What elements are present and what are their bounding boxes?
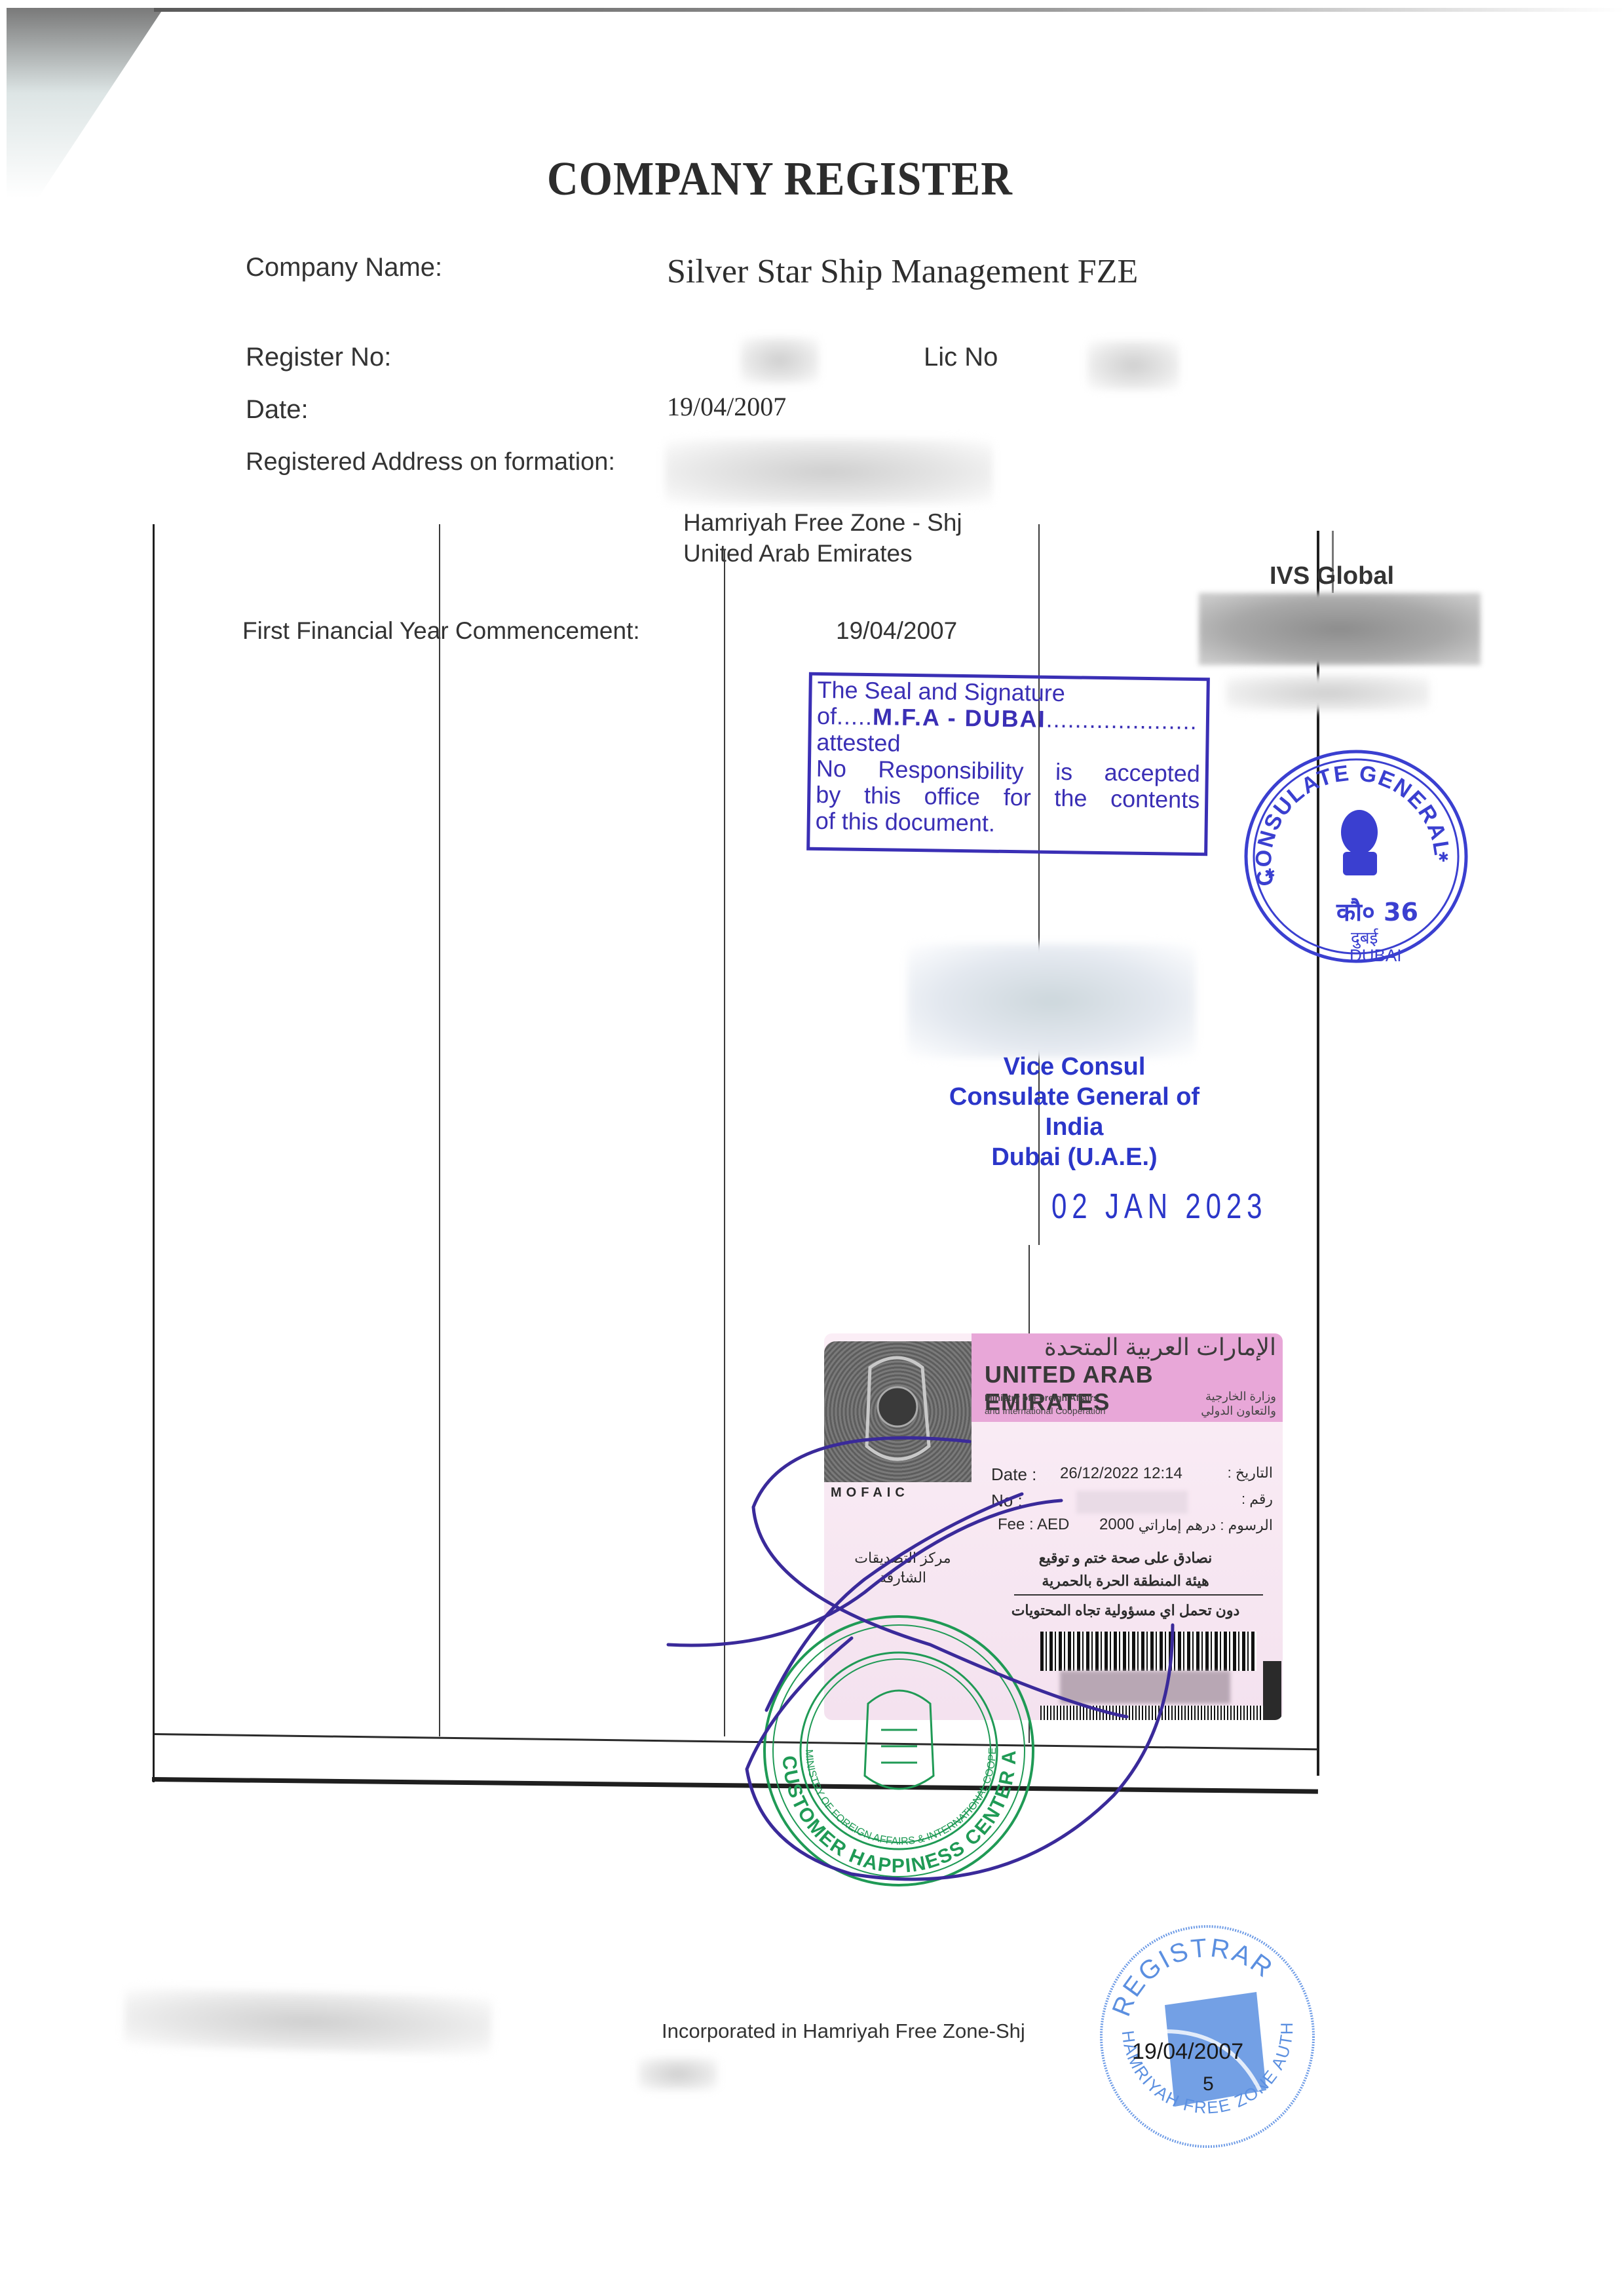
ivs-redacted-line — [1226, 675, 1429, 711]
attest-line-6: of this document. — [815, 808, 1199, 839]
date-value: 19/04/2007 — [667, 391, 786, 422]
register-no-label: Register No: — [246, 343, 391, 372]
sticker-no-redacted — [1076, 1491, 1188, 1514]
registrar-seal-date: 19/04/2007 — [1132, 2039, 1243, 2064]
sticker-barcode — [1040, 1632, 1256, 1671]
w: accepted — [1104, 759, 1200, 787]
sticker-no-label-ar: رقم : — [1241, 1491, 1273, 1508]
sticker-no-label: No : — [991, 1491, 1023, 1511]
company-name-label: Company Name: — [246, 253, 442, 282]
consul-signature-redacted — [907, 944, 1196, 1058]
ministry-en-2: and International Cooperation — [985, 1406, 1105, 1416]
consulate-general-of-india-seal: CONSULATE GENERAL OF INDIA कौ० 36 दुबई D… — [1238, 744, 1474, 973]
table-right-border — [1317, 531, 1319, 1776]
sticker-fee-label-ar: الرسوم : درهم إماراتي — [1139, 1517, 1273, 1534]
lic-no-redacted — [1087, 341, 1179, 390]
uae-falcon-icon — [865, 1691, 934, 1789]
sticker-fee-label: Fee : AED — [998, 1516, 1069, 1534]
hamriyah-registrar-seal: REGISTRAR HAMRIYAH FREE ZONE AUTHORITY 1… — [1093, 1920, 1322, 2156]
first-financial-year-value: 19/04/2007 — [836, 617, 957, 645]
sticker-barcode-number-redacted — [1060, 1671, 1230, 1704]
sticker-attest-ar-1: نصادق على صحة ختم و توقيع — [1027, 1550, 1224, 1567]
date-label: Date: — [246, 395, 309, 425]
attest-authority: M.F.A - DUBAI — [873, 703, 1046, 733]
ivs-global-label: IVS Global — [1270, 562, 1394, 590]
sticker-edge-mark — [1263, 1661, 1281, 1720]
company-name-value: Silver Star Ship Management FZE — [667, 252, 1138, 291]
w: No — [816, 756, 847, 782]
w: contents — [1110, 786, 1200, 813]
consulate-seal-number: कौ० 36 — [1336, 898, 1418, 927]
table-left-border — [153, 524, 155, 1782]
register-no-redacted — [740, 337, 819, 383]
scan-top-edge — [154, 8, 1624, 12]
sticker-date-label-ar: التاريخ : — [1228, 1464, 1273, 1482]
lic-no-label: Lic No — [924, 343, 998, 372]
ministry-ar-2: والتعاون الدولي — [1201, 1404, 1276, 1418]
w: this — [864, 782, 901, 809]
address-line3: United Arab Emirates — [683, 540, 913, 567]
ivs-redacted-block — [1199, 593, 1481, 665]
w: office — [924, 783, 980, 810]
uae-sticker-header: الإمارات العربية المتحدة UNITED ARAB EMI… — [972, 1333, 1283, 1422]
address-label: Registered Address on formation: — [246, 448, 615, 476]
address-line2: Hamriyah Free Zone - Shj — [683, 509, 962, 537]
ashoka-emblem-icon — [1341, 810, 1378, 875]
attest-of: of — [817, 702, 837, 729]
sticker-attest-ar-2: هيئة المنطقة الحرة بالحمرية — [1027, 1573, 1224, 1590]
consul-signature-block: Vice Consul Consulate General of India D… — [917, 1052, 1232, 1172]
sticker-date-value: 26/12/2022 12:14 — [1060, 1464, 1182, 1483]
consul-city: Dubai (U.A.E.) — [917, 1142, 1232, 1172]
customer-happiness-center-seal: CUSTOMER HAPPINESS CENTER ATTESTATION MI… — [753, 1605, 1042, 1894]
footer-left-redacted — [124, 1987, 492, 2056]
document-title: COMPANY REGISTER — [547, 152, 1013, 207]
sticker-date-label: Date : — [991, 1464, 1036, 1485]
w: for — [1003, 784, 1031, 811]
w: Responsibility — [878, 756, 1024, 784]
consul-attestation-date: 02 JAN 2023 — [1051, 1186, 1267, 1227]
consul-office: Consulate General of India — [917, 1082, 1232, 1142]
first-financial-year-label: First Financial Year Commencement: — [242, 617, 640, 645]
ministry-en-1: Ministry of Foreign Affairs — [985, 1392, 1099, 1403]
svg-text:✱: ✱ — [1264, 867, 1275, 881]
ministry-ar-1: وزارة الخارجية — [1205, 1390, 1276, 1404]
w: is — [1055, 759, 1073, 785]
uae-title-arabic: الإمارات العربية المتحدة — [1044, 1333, 1276, 1361]
uae-falcon-emblem-icon — [824, 1341, 972, 1482]
w: by — [816, 782, 841, 809]
registrar-seal-number: 5 — [1203, 2073, 1214, 2095]
consulate-seal-city-en: DUBAI — [1350, 946, 1401, 965]
table-bottom-border — [152, 1777, 1318, 1794]
footer-small-redacted — [639, 2057, 717, 2090]
w: the — [1054, 785, 1087, 812]
scan-shadow-corner — [7, 8, 164, 198]
incorporated-footer-text: Incorporated in Hamriyah Free Zone-Shj — [662, 2019, 1025, 2043]
consul-title: Vice Consul — [917, 1052, 1232, 1082]
table-column-divider-2 — [724, 550, 725, 1736]
address-line1-redacted — [665, 439, 992, 505]
sticker-fee-value: 2000 — [1099, 1516, 1134, 1534]
table-column-divider-1 — [439, 524, 440, 1736]
mofaic-letters: MOFAIC — [831, 1485, 909, 1501]
sticker-center-ar-2: الشارقة — [850, 1569, 955, 1586]
table-inner-bottom-line — [155, 1733, 1317, 1750]
sticker-divider — [1014, 1594, 1263, 1596]
attest-line-3: attested — [816, 729, 1201, 761]
attestation-stamp-box: The Seal and Signature of.....M.F.A - DU… — [806, 672, 1210, 856]
sticker-barcode-thin — [1040, 1706, 1263, 1720]
svg-text:✱: ✱ — [1438, 851, 1449, 865]
